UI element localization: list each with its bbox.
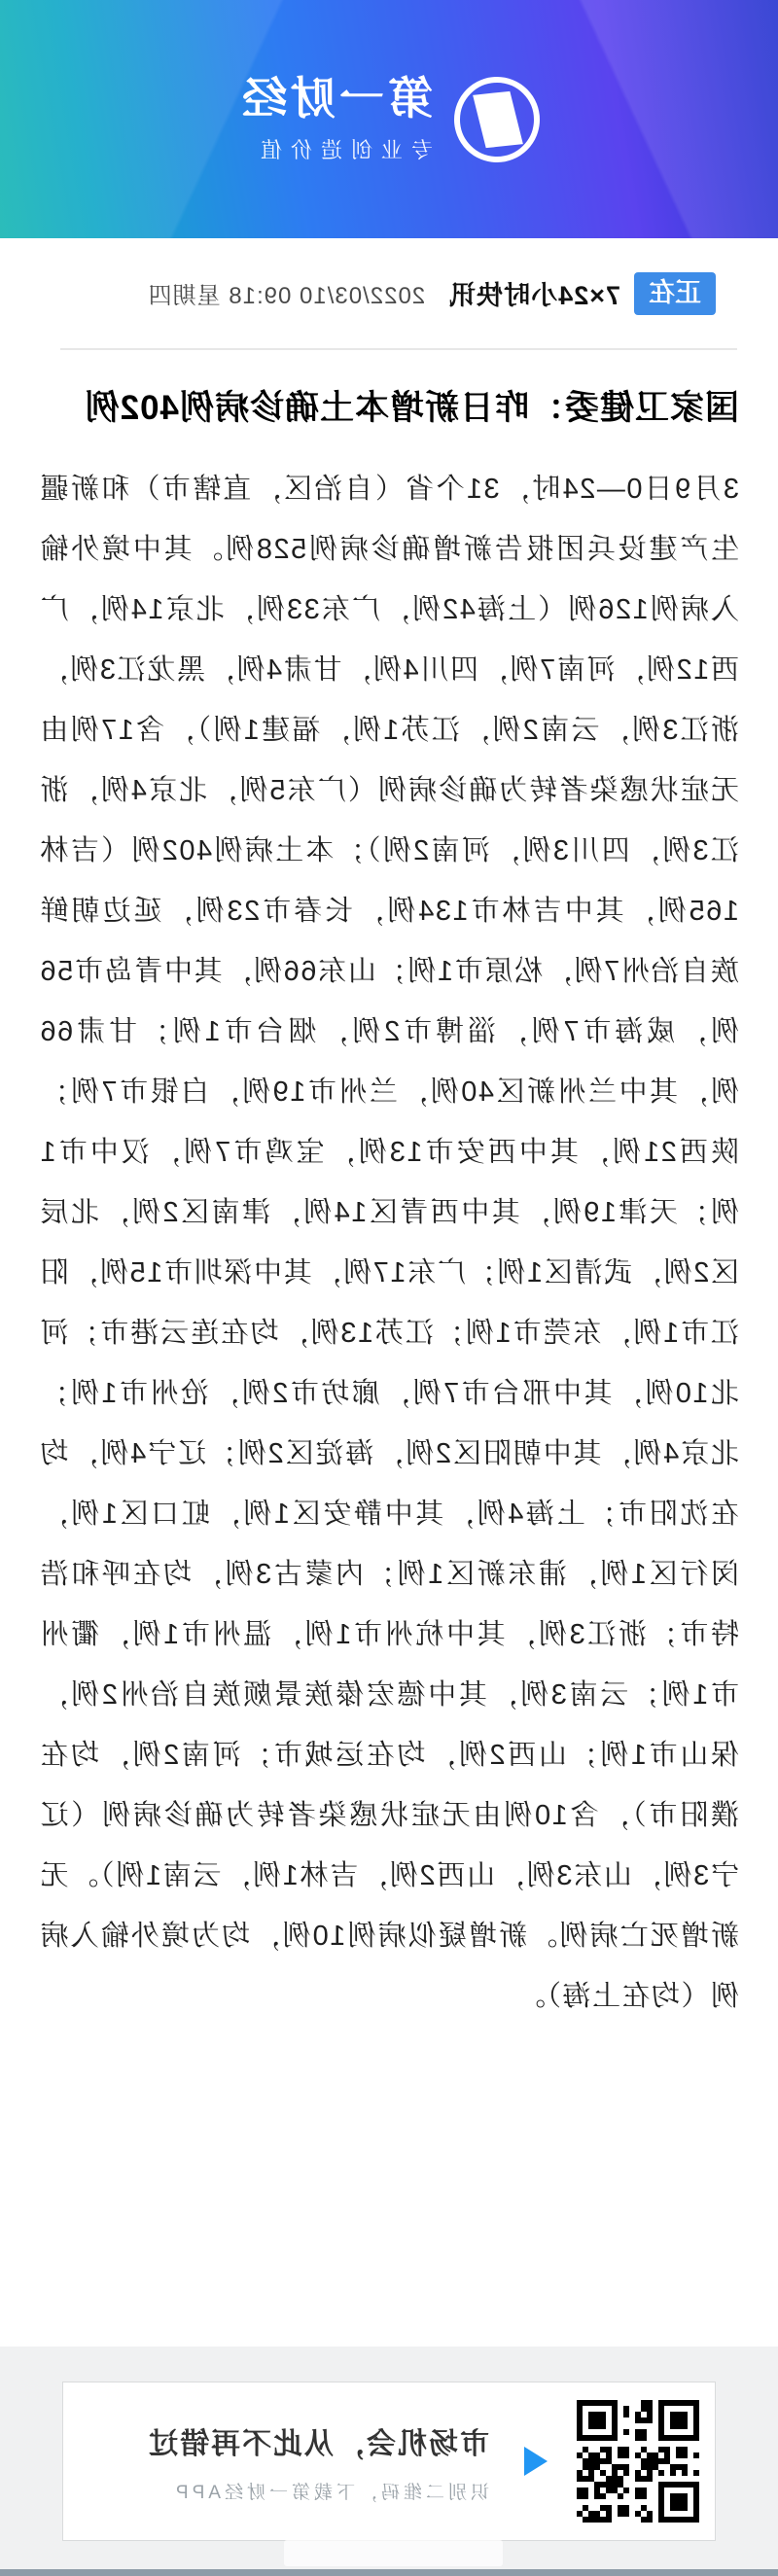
qr-finder-icon	[658, 2400, 699, 2441]
page-mirrored: 第一财经 专业创造价值 正在 7×24小时快讯 2022/03/10 09:18…	[0, 0, 778, 2576]
brand-header: 第一财经 专业创造价值	[0, 0, 778, 238]
promo-text-block: 市场机会，从此不再错过 识别二维码，下载第一财经APP	[147, 2419, 489, 2504]
promo-subline: 识别二维码，下载第一财经APP	[147, 2478, 489, 2504]
brand-name: 第一财经	[238, 74, 433, 124]
article-title: 国家卫健委：昨日新增本土确诊病例402例	[39, 379, 739, 438]
logo-diamond-shape	[473, 90, 523, 147]
app-download-banner[interactable]: 市场机会，从此不再错过 识别二维码，下载第一财经APP	[62, 2382, 716, 2541]
article: 国家卫健委：昨日新增本土确诊病例402例 3月9日0—24时，31个省（自治区，…	[0, 350, 778, 2027]
article-body: 3月9日0—24时，31个省（自治区，直辖市）和新疆生产建设兵团报告新增确诊病例…	[39, 459, 739, 2027]
timestamp: 2022/03/10 09:18 星期四	[148, 276, 426, 310]
highlight-overlay	[284, 2540, 503, 2566]
bottom-strip	[0, 2569, 778, 2576]
qr-code-icon	[577, 2400, 699, 2523]
screenshot-viewport: 第一财经 专业创造价值 正在 7×24小时快讯 2022/03/10 09:18…	[0, 0, 778, 2576]
channel-title: 7×24小时快讯	[448, 274, 620, 312]
qr-finder-icon	[577, 2400, 618, 2441]
play-arrow-icon	[524, 2447, 548, 2476]
live-news-bar: 正在 7×24小时快讯 2022/03/10 09:18 星期四	[0, 238, 778, 315]
promo-headline: 市场机会，从此不再错过	[147, 2419, 489, 2462]
yicai-logo-icon	[454, 77, 540, 162]
footer-area: 市场机会，从此不再错过 识别二维码，下载第一财经APP	[0, 2347, 778, 2576]
brand-text-block: 第一财经 专业创造价值	[238, 74, 433, 165]
brand-tagline: 专业创造价值	[238, 134, 433, 164]
qr-finder-icon	[658, 2482, 699, 2523]
live-badge: 正在	[634, 272, 716, 315]
